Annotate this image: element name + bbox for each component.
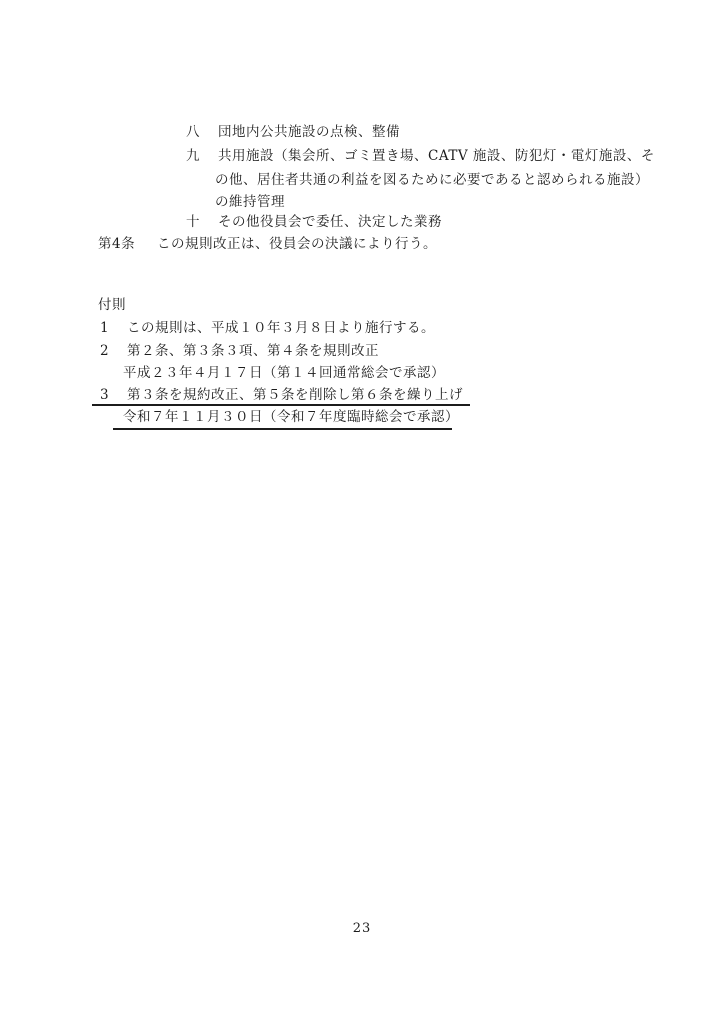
article-4-label: 第4条 [98, 236, 157, 253]
list-item-nine-continuation-2: の維持管理 [215, 194, 285, 211]
list-item-eight-text: 団地内公共施設の点検、整備 [218, 124, 400, 140]
list-item-ten-text: その他役員会で委任、決定した業務 [218, 214, 442, 230]
supplement-item-1-number: 1 [100, 320, 127, 337]
supplement-item-1: 1この規則は、平成１０年３月８日より施行する。 [100, 320, 435, 337]
page-number: 23 [0, 921, 724, 936]
supplement-heading: 付則 [98, 297, 126, 314]
supplement-heading-text: 付則 [98, 297, 126, 313]
supplement-item-3-date-text: 令和７年１１月３０日（令和７年度臨時総会で承認） [123, 409, 459, 425]
list-item-nine-marker: 九 [186, 148, 218, 165]
supplement-item-2-date: 平成２３年４月１７日（第１４回通常総会で承認） [123, 365, 445, 382]
article-4: 第4条この規則改正は、役員会の決議により行う。 [98, 236, 437, 253]
supplement-item-2-date-text: 平成２３年４月１７日（第１４回通常総会で承認） [123, 365, 445, 381]
list-item-nine-continuation-1: の他、居住者共通の利益を図るために必要であると認められる施設） [215, 172, 649, 189]
supplement-item-2: 2第２条、第３条３項、第４条を規則改正 [100, 343, 379, 360]
list-item-ten: 十その他役員会で委任、決定した業務 [186, 214, 442, 231]
list-item-nine-continuation-2-text: の維持管理 [215, 194, 285, 210]
revision-underline-1 [92, 404, 470, 406]
supplement-item-3-text: 第３条を規約改正、第５条を削除し第６条を繰り上げ [127, 387, 463, 403]
list-item-ten-marker: 十 [186, 214, 218, 231]
supplement-item-2-text: 第２条、第３条３項、第４条を規則改正 [127, 343, 379, 359]
document-page: 八団地内公共施設の点検、整備 九共用施設（集会所、ゴミ置き場、CATV 施設、防… [0, 0, 724, 1024]
list-item-eight-marker: 八 [186, 124, 218, 141]
revision-underline-2 [113, 428, 452, 430]
supplement-item-3-number: 3 [100, 387, 127, 404]
supplement-item-2-number: 2 [100, 343, 127, 360]
list-item-nine: 九共用施設（集会所、ゴミ置き場、CATV 施設、防犯灯・電灯施設、そ [186, 148, 655, 165]
supplement-item-3-date: 令和７年１１月３０日（令和７年度臨時総会で承認） [123, 409, 459, 426]
list-item-nine-continuation-1-text: の他、居住者共通の利益を図るために必要であると認められる施設） [215, 172, 649, 188]
list-item-eight: 八団地内公共施設の点検、整備 [186, 124, 400, 141]
article-4-text: この規則改正は、役員会の決議により行う。 [157, 236, 437, 252]
supplement-item-1-text: この規則は、平成１０年３月８日より施行する。 [127, 320, 435, 336]
supplement-item-3: 3第３条を規約改正、第５条を削除し第６条を繰り上げ [100, 387, 463, 404]
list-item-nine-text: 共用施設（集会所、ゴミ置き場、CATV 施設、防犯灯・電灯施設、そ [218, 148, 655, 164]
